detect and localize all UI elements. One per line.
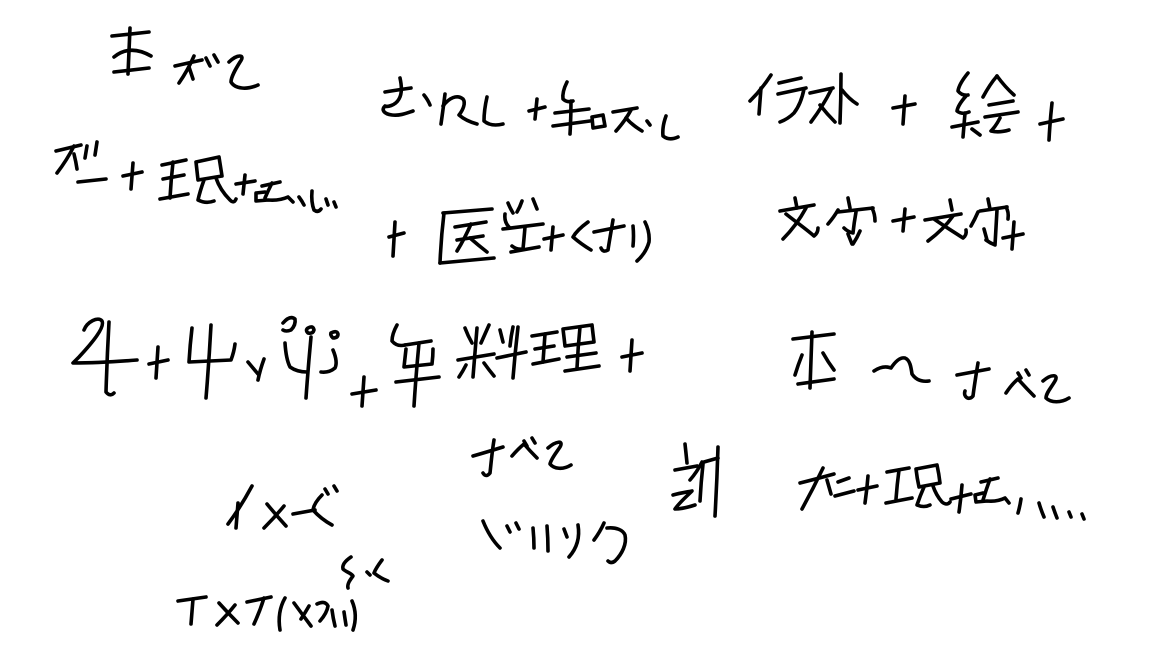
handwriting-moji-moji	[780, 198, 1023, 249]
handwriting-subete-drink	[473, 438, 625, 563]
handwriting-hon-nami-subete	[793, 332, 1069, 402]
handwriting-image	[228, 486, 337, 528]
handwriting-bottom-left-note	[178, 557, 388, 630]
ink-canvas[interactable]	[0, 0, 1152, 648]
handwriting-game-gen-mitai-bottom	[800, 465, 1084, 519]
handwriting-hon-subete-topleft	[112, 28, 258, 88]
handwriting-illust-e	[750, 73, 1063, 140]
drawing-canvas[interactable]	[0, 0, 1152, 648]
handwriting-shin	[673, 444, 718, 516]
handwriting-game-gen-mitai-top	[56, 142, 336, 211]
handwriting-igaku-kusuri	[389, 199, 649, 263]
handwriting-okashi-wagashi	[383, 78, 678, 139]
handwriting-big-row-ryouri	[73, 318, 642, 406]
